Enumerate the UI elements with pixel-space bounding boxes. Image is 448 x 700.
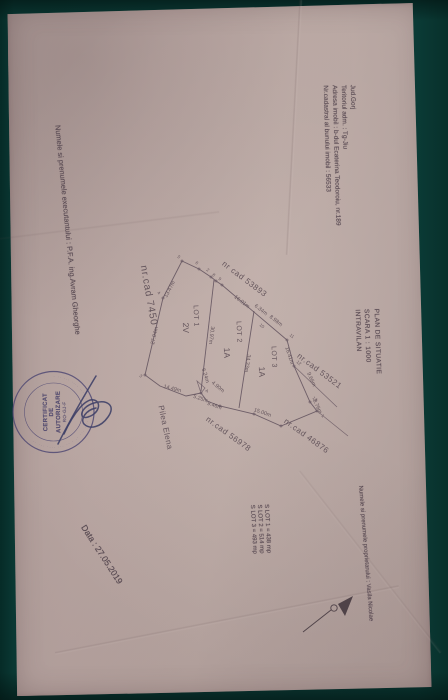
lot-areas-block: S LOT 1 = 438 mp S LOT 2 = 514 mp S LOT … bbox=[248, 504, 272, 567]
authorization-stamp-text: CERTIFICAT DE AUTORIZARE RO-GJ-F bbox=[43, 389, 70, 435]
plan-title-block: PLAN DE SITUATIE SCARA 1 : 1000 INTRAVIL… bbox=[351, 309, 384, 390]
document-header-block: Jud.Gorj Teritoriul adm. : Tg-Jiu Adresa… bbox=[321, 85, 361, 256]
photographed-cadastral-plan: Jud.Gorj Teritoriul adm. : Tg-Jiu Adresa… bbox=[0, 0, 448, 700]
stamp-series: RO-GJ-F bbox=[62, 389, 69, 435]
